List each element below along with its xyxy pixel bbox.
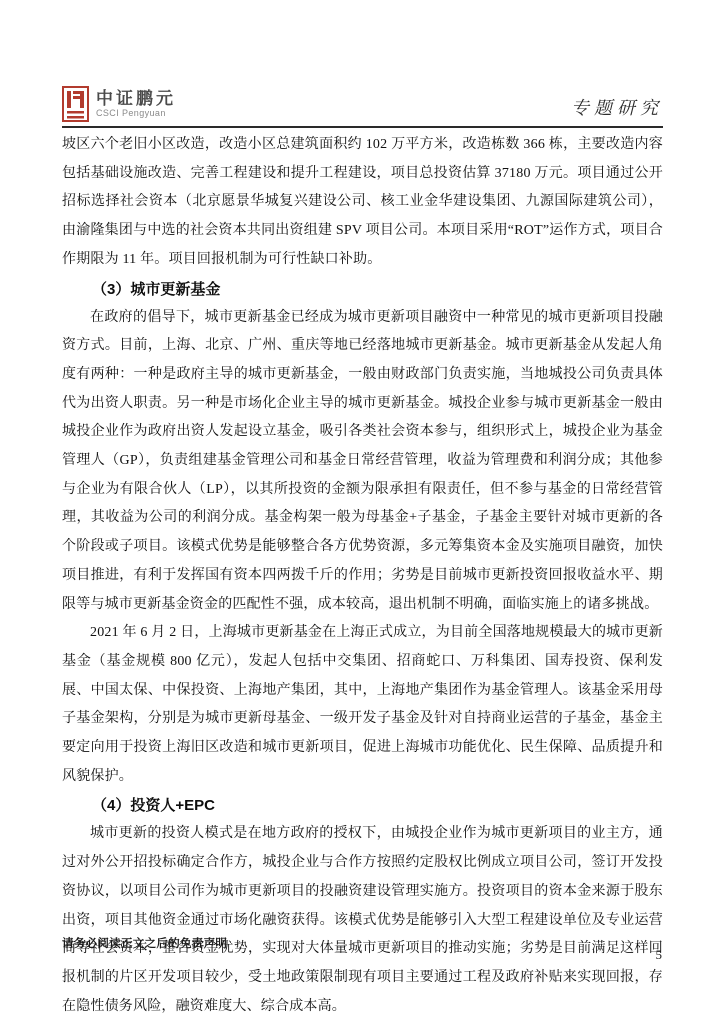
page-number: 5 — [656, 947, 663, 963]
report-type-label: 专题研究 — [571, 94, 663, 122]
paragraph: 2021 年 6 月 2 日，上海城市更新基金在上海正式成立，为目前全国落地规模… — [62, 619, 663, 791]
paragraph-continued: 坡区六个老旧小区改造，改造小区总建筑面积约 102 万平方米，改造栋数 366 … — [62, 131, 663, 275]
document-body: 坡区六个老旧小区改造，改造小区总建筑面积约 102 万平方米，改造栋数 366 … — [62, 131, 663, 1021]
page-header: 中证鹏元 CSCI Pengyuan 专题研究 — [62, 78, 663, 122]
company-logo: 中证鹏元 CSCI Pengyuan — [62, 86, 176, 122]
company-seal-icon — [62, 86, 89, 122]
company-name: 中证鹏元 CSCI Pengyuan — [96, 89, 176, 119]
header-divider — [62, 126, 663, 128]
document-page: 中证鹏元 CSCI Pengyuan 专题研究 坡区六个老旧小区改造，改造小区总… — [0, 0, 724, 1024]
company-name-zh: 中证鹏元 — [96, 89, 176, 108]
footer-disclaimer: 请务必阅读正文之后的免责声明 — [62, 935, 227, 951]
company-name-en: CSCI Pengyuan — [96, 108, 176, 119]
paragraph: 城市更新的投资人模式是在地方政府的授权下，由城投企业作为城市更新项目的业主方，通… — [62, 820, 663, 1021]
paragraph: 在政府的倡导下，城市更新基金已经成为城市更新项目融资中一种常见的城市更新项目投融… — [62, 304, 663, 620]
section-heading-4: （4）投资人+EPC — [62, 791, 663, 820]
section-heading-3: （3）城市更新基金 — [62, 275, 663, 304]
